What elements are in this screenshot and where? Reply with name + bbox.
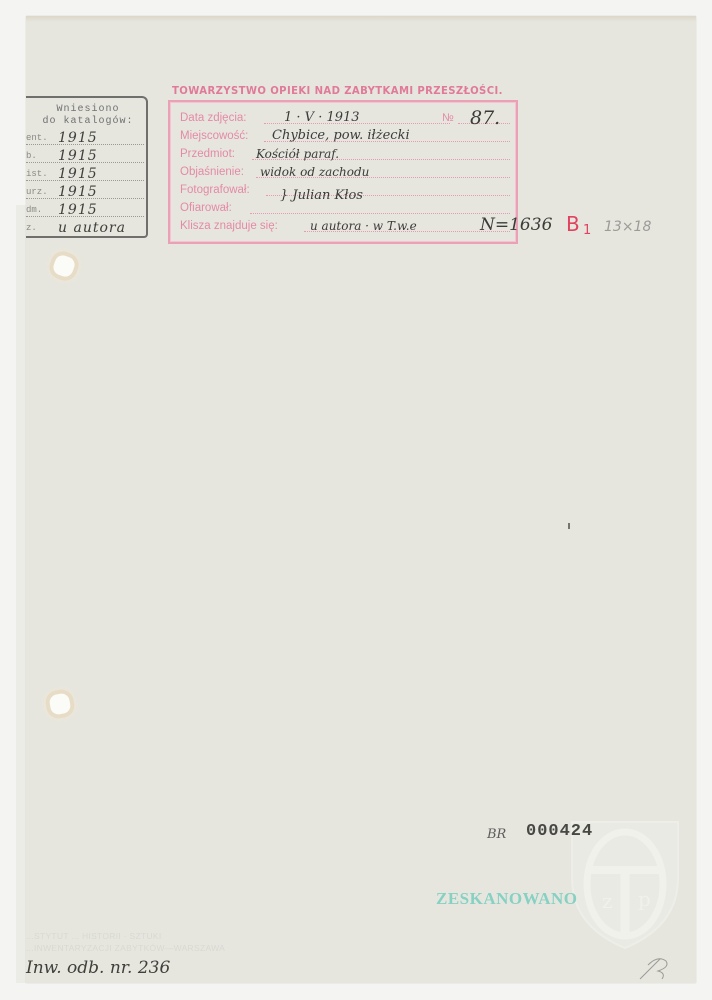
catalog-row-label: dm. [26, 205, 42, 215]
field-label: Objaśnienie: [180, 166, 244, 178]
field-value: u autora · w T.w.e [310, 219, 417, 233]
archive-card: Wniesiono do katalogów: ent. 1915 b. 191… [26, 16, 696, 983]
plate-series-sub: 1 [583, 223, 591, 238]
field-label: Miejscowość: [180, 130, 248, 142]
catalog-row-value: 1915 [58, 148, 98, 164]
field-subject: Przedmiot: Kościół paraf. [180, 144, 510, 161]
catalog-row: urz. 1915 [26, 182, 144, 199]
catalog-row-label: z. [26, 223, 37, 233]
catalog-row-value: 1915 [58, 184, 98, 200]
field-donor: Ofiarował: [180, 198, 510, 215]
field-label: Data zdjęcia: [180, 112, 246, 124]
field-label: Przedmiot: [180, 148, 235, 160]
field-value: widok od zachodu [260, 165, 369, 179]
faint-institution-stamp: ...STYTUT ... HISTORII · SZTUKI ...INWEN… [26, 930, 225, 954]
field-line [250, 213, 510, 214]
field-photographer: Fotografował: } Julian Kłos [180, 180, 510, 197]
field-description: Objaśnienie: widok od zachodu [180, 162, 510, 179]
catalog-row-value: 1915 [58, 130, 98, 146]
paper-speck [568, 523, 570, 529]
catalog-row-value: 1915 [58, 202, 98, 218]
svg-text:p: p [638, 887, 651, 911]
inventory-prefix: BR [487, 827, 506, 842]
field-label: Klisza znajduje się: [180, 220, 278, 232]
faint-stamp-line1: ...STYTUT ... HISTORII · SZTUKI [26, 930, 225, 942]
field-value: Kościół paraf. [256, 147, 339, 161]
faint-stamp-line2: ...INWENTARYZACJI ZABYTKÓW—WARSZAWA [26, 942, 225, 954]
catalog-row-label: b. [26, 151, 37, 161]
catalog-title-line1: Wniesiono [38, 104, 138, 116]
svg-text:z: z [602, 889, 613, 913]
catalog-row: ent. 1915 [26, 128, 144, 145]
field-plate-location: Klisza znajduje się: u autora · w T.w.e [180, 216, 510, 233]
punch-hole [48, 692, 71, 715]
catalog-row: b. 1915 [26, 146, 144, 163]
catalog-row-value: 1915 [58, 166, 98, 182]
catalog-row-label: urz. [26, 187, 48, 197]
catalog-stamp-title: Wniesiono do katalogów: [38, 104, 138, 128]
catalog-row: dm. 1915 [26, 200, 144, 217]
field-date: Data zdjęcia: 1 · V · 1913 № 87. [180, 108, 510, 125]
catalog-row-value: u autora [58, 220, 126, 236]
catalog-row-label: ist. [26, 169, 48, 179]
scanned-stamp: ZESKANOWANO [436, 889, 578, 909]
field-place: Miejscowość: Chybice, pow. iłżecki [180, 126, 510, 143]
plate-number: N=1636 [480, 215, 552, 235]
paper-left-edge [16, 205, 26, 983]
plate-series: B [566, 212, 580, 236]
plate-size: 13×18 [604, 219, 651, 235]
society-stamp-title: TOWARZYSTWO OPIEKI NAD ZABYTKAMI PRZESZŁ… [172, 85, 503, 97]
handwritten-inventory-note: Inw. odb. nr. 236 [26, 958, 170, 978]
catalog-row-label: ent. [26, 133, 48, 143]
field-label: Ofiarował: [180, 202, 232, 214]
field-label: Fotografował: [180, 184, 250, 196]
catalog-row: z. u autora [26, 218, 144, 234]
catalog-stamp: Wniesiono do katalogów: ent. 1915 b. 191… [26, 96, 148, 238]
number-label: № [442, 112, 454, 124]
field-value: 1 · V · 1913 [284, 110, 360, 125]
catalog-row: ist. 1915 [26, 164, 144, 181]
pencil-signature [636, 955, 676, 981]
field-value: Chybice, pow. iłżecki [272, 128, 410, 143]
inventory-number: 000424 [526, 822, 593, 841]
punch-hole [51, 253, 77, 279]
catalog-title-line2: do katalogów: [38, 116, 138, 128]
society-stamp: Data zdjęcia: 1 · V · 1913 № 87. Miejsco… [168, 100, 518, 244]
